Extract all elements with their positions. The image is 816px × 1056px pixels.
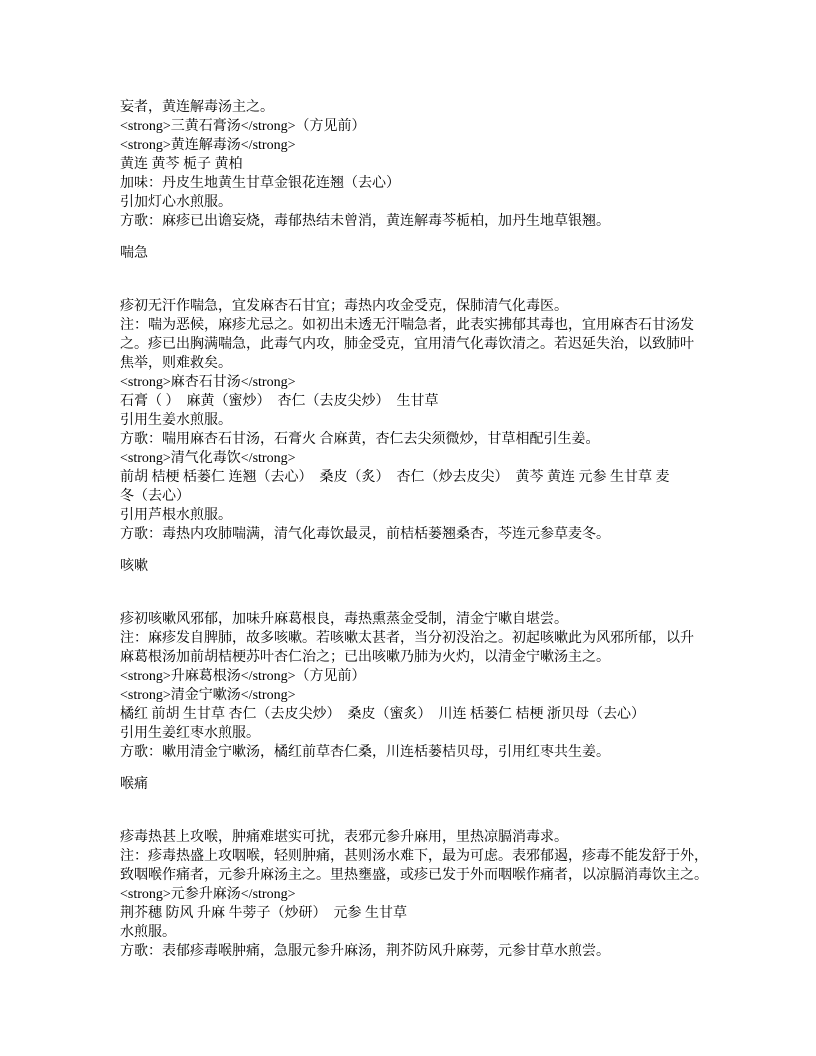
text-line: 疹毒热甚上攻喉，肿痛难堪实可扰，表邪元参升麻用，里热凉膈消毒求。 <box>120 828 698 847</box>
text-line: 加味：丹皮生地黄生甘草金银花连翘（去心） <box>120 174 698 193</box>
text-line: 方歌：毒热内攻肺喘满，清气化毒饮最灵，前桔栝蒌翘桑杏，芩连元参草麦冬。 <box>120 525 698 544</box>
text-line: <strong>黄连解毒汤</strong> <box>120 136 698 155</box>
text-line: 方歌：喘用麻杏石甘汤，石膏火 合麻黄，杏仁去尖须微炒，甘草相配引生姜。 <box>120 430 698 449</box>
section-heading: 喉痛 <box>120 775 698 794</box>
text-line: 引加灯心水煎服。 <box>120 193 698 212</box>
text-line: <strong>清金宁嗽汤</strong> <box>120 686 698 705</box>
document-page: 妄者，黄连解毒汤主之。<strong>三黄石膏汤</strong>（方见前）<s… <box>0 0 816 1056</box>
text-line: 引用生姜水煎服。 <box>120 411 698 430</box>
text-line: 方歌：表郁疹毒喉肿痛，急服元参升麻汤，荆芥防风升麻蒡，元参甘草水煎尝。 <box>120 942 698 961</box>
text-line: 引用生姜红枣水煎服。 <box>120 724 698 743</box>
text-line: 水煎服。 <box>120 923 698 942</box>
text-line: 麻葛根汤加前胡桔梗苏叶杏仁治之；已出咳嗽乃肺为火灼，以清金宁嗽汤主之。 <box>120 648 698 667</box>
document-body: 妄者，黄连解毒汤主之。<strong>三黄石膏汤</strong>（方见前）<s… <box>120 98 698 961</box>
paragraph: 疹毒热甚上攻喉，肿痛难堪实可扰，表邪元参升麻用，里热凉膈消毒求。注：疹毒热盛上攻… <box>120 828 698 961</box>
text-line: 焦举，则难救矣。 <box>120 354 698 373</box>
text-line: 疹初无汗作喘急，宜发麻杏石甘宜；毒热内攻金受克，保肺清气化毒医。 <box>120 297 698 316</box>
paragraph: 妄者，黄连解毒汤主之。<strong>三黄石膏汤</strong>（方见前）<s… <box>120 98 698 231</box>
text-line: 注：麻疹发自脾肺，故多咳嗽。若咳嗽太甚者，当分初没治之。初起咳嗽此为风邪所郁，以… <box>120 629 698 648</box>
text-line: <strong>元参升麻汤</strong> <box>120 885 698 904</box>
text-line: 疹初咳嗽风邪郁，加味升麻葛根良，毒热熏蒸金受制，清金宁嗽自堪尝。 <box>120 610 698 629</box>
section-heading: 喘急 <box>120 244 698 263</box>
text-line: <strong>麻杏石甘汤</strong> <box>120 373 698 392</box>
text-line: 前胡 桔梗 栝蒌仁 连翘（去心） 桑皮（炙） 杏仁（炒去皮尖） 黄芩 黄连 元参… <box>120 468 698 487</box>
paragraph: 疹初无汗作喘急，宜发麻杏石甘宜；毒热内攻金受克，保肺清气化毒医。注：喘为恶候，麻… <box>120 297 698 544</box>
text-line: <strong>清气化毒饮</strong> <box>120 449 698 468</box>
text-line: 致咽喉作痛者，元参升麻汤主之。里热壅盛，或疹已发于外而咽喉作痛者，以凉膈消毒饮主… <box>120 866 698 885</box>
text-line: 喘急 <box>120 244 698 263</box>
text-line: 橘红 前胡 生甘草 杏仁（去皮尖炒） 桑皮（蜜炙） 川连 栝蒌仁 桔梗 浙贝母（… <box>120 705 698 724</box>
text-line: 注：喘为恶候，麻疹尤忌之。如初出未透无汗喘急者，此表实拂郁其毒也，宜用麻杏石甘汤… <box>120 316 698 335</box>
paragraph: 疹初咳嗽风邪郁，加味升麻葛根良，毒热熏蒸金受制，清金宁嗽自堪尝。注：麻疹发自脾肺… <box>120 610 698 762</box>
text-line: 妄者，黄连解毒汤主之。 <box>120 98 698 117</box>
text-line: 石膏（ ） 麻黄（蜜炒） 杏仁（去皮尖炒） 生甘草 <box>120 392 698 411</box>
text-line: 方歌：嗽用清金宁嗽汤，橘红前草杏仁桑，川连栝蒌桔贝母，引用红枣共生姜。 <box>120 743 698 762</box>
text-line: 喉痛 <box>120 775 698 794</box>
text-line: 荆芥穗 防风 升麻 牛蒡子（炒研） 元参 生甘草 <box>120 904 698 923</box>
section-heading: 咳嗽 <box>120 557 698 576</box>
text-line: 咳嗽 <box>120 557 698 576</box>
text-line: 注：疹毒热盛上攻咽喉，轻则肿痛，甚则汤水难下，最为可虑。表邪郁遏，疹毒不能发舒于… <box>120 847 698 866</box>
text-line: 引用芦根水煎服。 <box>120 506 698 525</box>
text-line: 之。疹已出胸满喘急，此毒气内攻，肺金受克，宜用清气化毒饮清之。若迟延失治，以致肺… <box>120 335 698 354</box>
text-line: 冬（去心） <box>120 487 698 506</box>
text-line: 方歌：麻疹已出谵妄烧，毒郁热结未曾消，黄连解毒芩栀柏，加丹生地草银翘。 <box>120 212 698 231</box>
text-line: 黄连 黄芩 栀子 黄柏 <box>120 155 698 174</box>
text-line: <strong>升麻葛根汤</strong>（方见前） <box>120 667 698 686</box>
text-line: <strong>三黄石膏汤</strong>（方见前） <box>120 117 698 136</box>
